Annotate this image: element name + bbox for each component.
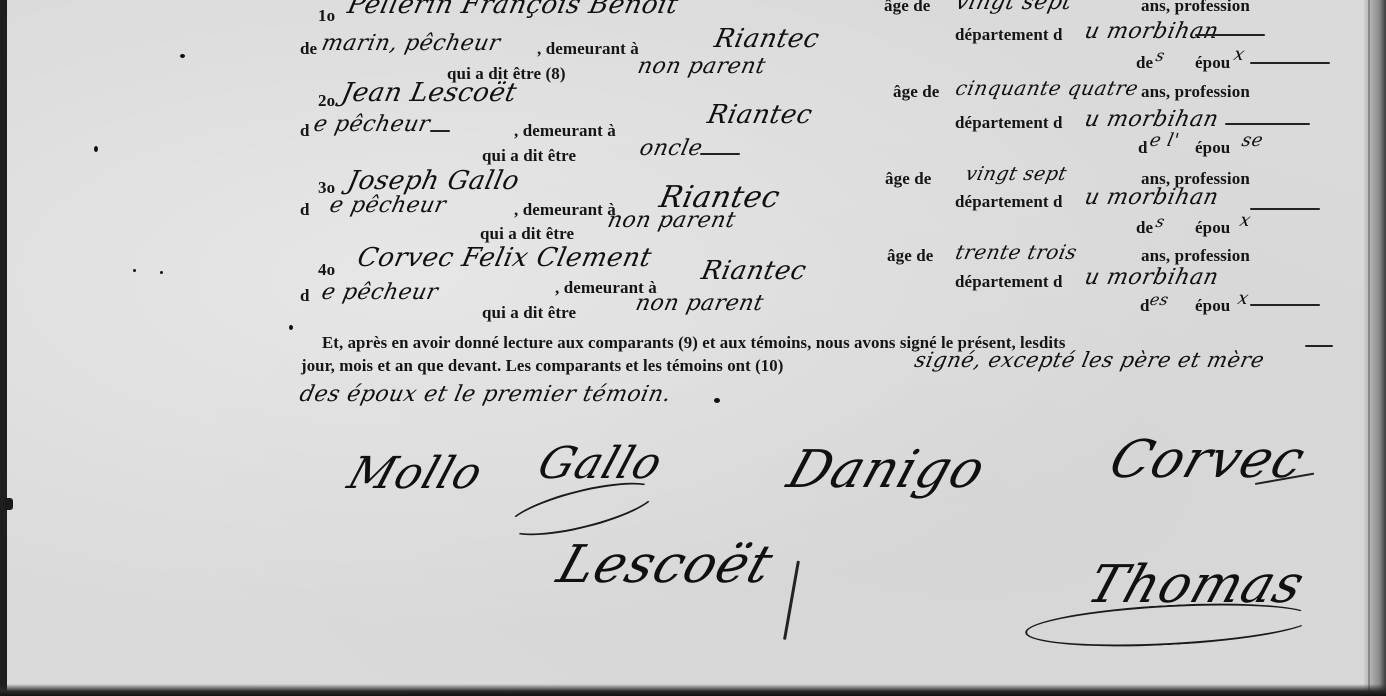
- de-label: de: [1136, 53, 1153, 73]
- epoux-label: épou: [1195, 296, 1230, 316]
- de-label: de: [1136, 218, 1153, 238]
- witness-ordinal: 4o: [318, 260, 335, 280]
- ink-speck: [180, 54, 185, 58]
- witness-profession: e pêcheur: [327, 193, 448, 218]
- relation-label: qui a dit être: [482, 303, 576, 323]
- signature-mollo: Mollo: [342, 448, 490, 499]
- demeurant-label: , demeurant à: [537, 39, 639, 59]
- signature-lescoet: Lescoët: [550, 535, 781, 595]
- closing-line-2: jour, mois et an que devant. Les compara…: [301, 356, 783, 376]
- de-label: d: [1138, 138, 1148, 158]
- fill-line: [700, 153, 740, 155]
- de-suffix: s: [1154, 212, 1167, 231]
- epoux-suffix: x: [1238, 210, 1253, 231]
- closing-handwritten-3: des époux et le premier témoin.: [297, 382, 673, 407]
- witness-departement: u morbihan: [1082, 265, 1221, 290]
- closing-handwritten-2: signé, excepté les père et mère: [912, 348, 1266, 372]
- fill-line: [430, 130, 450, 132]
- page-right-edge-line: [1368, 0, 1370, 696]
- document-page: 1o Pellerin François Benoit de marin, pê…: [0, 0, 1386, 696]
- signature-danigo: Danigo: [780, 440, 993, 500]
- witness-relation: oncle: [637, 136, 705, 161]
- page-left-binding-edge: [0, 0, 7, 696]
- de-suffix: e l': [1148, 130, 1182, 151]
- relation-label: qui a dit être: [480, 224, 574, 244]
- witness-name: Joseph Gallo: [345, 166, 522, 196]
- witness-profession: e pêcheur: [311, 112, 432, 137]
- witness-departement: u morbihan: [1082, 185, 1221, 210]
- signature-gallo: Gallo: [532, 438, 670, 489]
- fill-line: [1250, 62, 1330, 64]
- age-label: âge de: [884, 0, 930, 16]
- demeurant-label: , demeurant à: [514, 200, 616, 220]
- witness-relation: non parent: [605, 208, 738, 233]
- witness-name: Jean Lescoët: [339, 78, 520, 108]
- de-suffix: s: [1154, 46, 1167, 65]
- prefix-d: d: [300, 121, 310, 141]
- witness-profession: e pêcheur: [319, 280, 440, 305]
- epoux-suffix: se: [1240, 130, 1265, 151]
- ink-speck: [133, 269, 136, 272]
- fill-line: [1225, 123, 1310, 125]
- witness-relation: non parent: [633, 291, 766, 316]
- departement-label: département d: [955, 25, 1063, 45]
- witness-ordinal: 1o: [318, 6, 335, 26]
- epoux-label: épou: [1195, 138, 1230, 158]
- witness-residence: Riantec: [712, 24, 822, 54]
- relation-label: qui a dit être: [482, 146, 576, 166]
- prefix-d: d: [300, 286, 310, 306]
- departement-label: département d: [955, 192, 1063, 212]
- ink-speck: [94, 146, 98, 152]
- witness-relation: non parent: [635, 54, 768, 79]
- signature-corvec: Corvec: [1102, 430, 1313, 490]
- epoux-suffix: x: [1232, 44, 1247, 65]
- witness-residence: Riantec: [699, 256, 809, 286]
- witness-departement: u morbihan: [1082, 107, 1221, 132]
- ink-speck: [714, 398, 720, 403]
- prefix-d: d: [300, 200, 310, 220]
- fill-line: [1305, 345, 1333, 347]
- witness-residence: Riantec: [705, 100, 815, 130]
- signature-flourish: [1024, 597, 1315, 652]
- epoux-suffix: x: [1236, 288, 1251, 309]
- prefix-d: de: [300, 39, 317, 59]
- demeurant-label: , demeurant à: [514, 121, 616, 141]
- witness-name: Pellerin François Benoit: [345, 0, 681, 20]
- witness-profession: marin, pêcheur: [319, 31, 502, 56]
- witness-ordinal: 2o: [318, 91, 335, 111]
- departement-label: département d: [955, 272, 1063, 292]
- ans-profession-label: ans, profession: [1141, 82, 1250, 102]
- witness-name: Corvec Felix Clement: [355, 243, 655, 273]
- departement-label: département d: [955, 113, 1063, 133]
- age-label: âge de: [887, 246, 933, 266]
- fill-line: [1195, 34, 1265, 36]
- age-label: âge de: [885, 169, 931, 189]
- epoux-label: épou: [1195, 218, 1230, 238]
- witness-departement: u morbihan: [1082, 19, 1221, 44]
- age-label: âge de: [893, 82, 939, 102]
- ink-speck: [289, 325, 293, 330]
- witness-age: trente trois: [953, 240, 1079, 264]
- epoux-label: épou: [1195, 53, 1230, 73]
- witness-age: vingt sept: [964, 163, 1069, 185]
- witness-age: vingt sept: [953, 0, 1074, 15]
- fill-line: [1250, 304, 1320, 306]
- fill-line: [1250, 208, 1320, 210]
- binding-notch: [5, 498, 13, 510]
- witness-age: cinquante quatre: [953, 76, 1140, 100]
- ans-profession-label: ans, profession: [1141, 246, 1250, 266]
- page-bottom-edge-shadow: [0, 684, 1386, 696]
- ans-profession-label: ans, profession: [1141, 0, 1250, 16]
- de-suffix: es: [1148, 290, 1171, 309]
- signature-tail: [783, 561, 800, 640]
- ink-speck: [160, 271, 163, 274]
